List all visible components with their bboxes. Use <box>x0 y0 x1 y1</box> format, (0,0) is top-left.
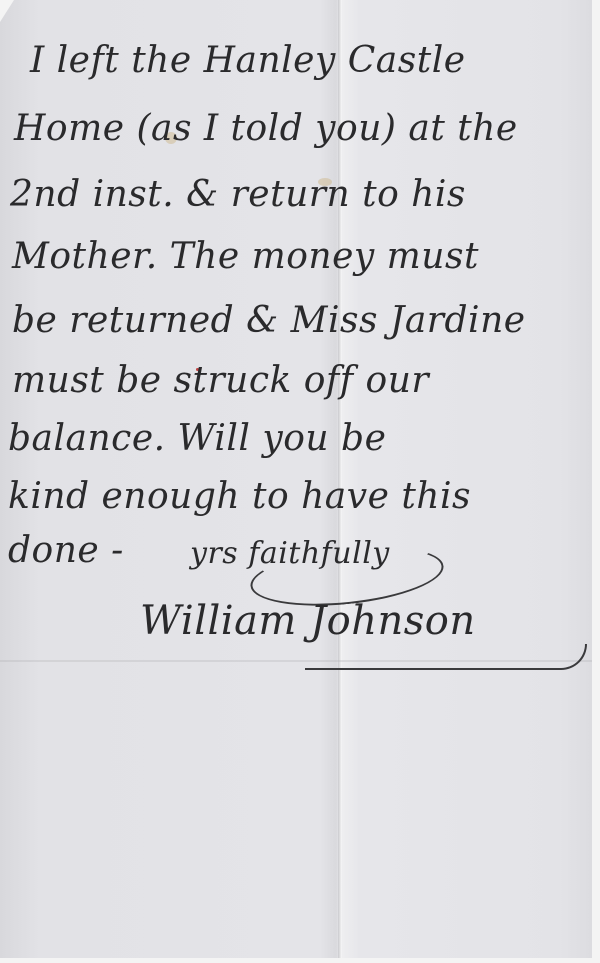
signature-underline-flourish <box>305 644 587 670</box>
letter-line-7: balance. Will you be <box>8 418 386 459</box>
letter-line-6: must be struck off our <box>12 360 429 401</box>
letter-signature: William Johnson <box>140 598 476 644</box>
letter-line-5: be returned & Miss Jardine <box>12 300 526 341</box>
letter-line-9: done - <box>8 530 124 571</box>
letter-line-4: Mother. The money must <box>12 236 479 277</box>
letter-line-2: Home (as I told you) at the <box>14 108 518 149</box>
letter-line-1: I left the Hanley Castle <box>30 40 466 81</box>
letter-line-3: 2nd inst. & return to his <box>10 174 466 215</box>
letter-line-8: kind enough to have this <box>8 476 471 517</box>
